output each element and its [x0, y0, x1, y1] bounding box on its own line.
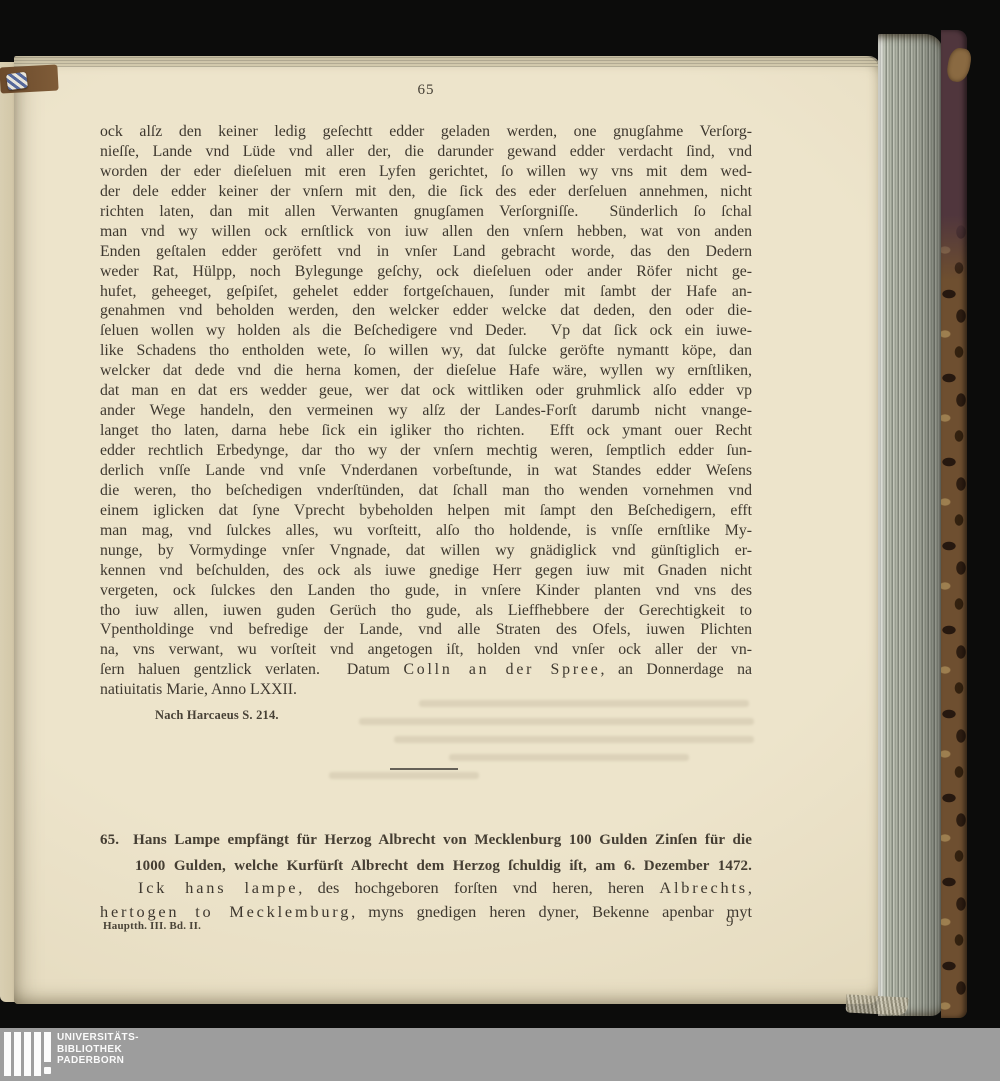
text-segment: natiuitatis Marie, Anno LXXII.: [100, 681, 297, 698]
text-line: kennen vnd beſchulden, des ock als iuwe …: [100, 561, 752, 581]
text-segment: na, vns verwant, wu vorſteit vnd angetog…: [100, 641, 752, 658]
text-segment: ock alſz den keiner ledig geſechtt edder…: [100, 123, 752, 140]
text-line: die weren, tho beſchedigen vnderſtünden,…: [100, 481, 752, 501]
page-top-edges: [14, 56, 880, 67]
text-segment: , an Donnerdage na: [601, 661, 753, 678]
text-segment: der dele edder keiner der vnſern mit den…: [100, 183, 752, 200]
text-line: der dele edder keiner der vnſern mit den…: [100, 182, 752, 202]
logo-exclamation-dot: [44, 1067, 51, 1074]
section-number: 65.: [100, 832, 133, 848]
text-segment: richten laten, dan mit allen Verwanten g…: [100, 203, 752, 220]
verso-show-through: [299, 696, 761, 786]
text-segment: ,: [748, 878, 752, 897]
show-through-smudge: [329, 772, 479, 779]
letterspaced-name: Colln an der Spree: [403, 661, 600, 678]
text-segment: die weren, tho beſchedigen vnderſtünden,…: [100, 482, 752, 499]
text-line: welcker dat dede vnd die herna komen, de…: [100, 361, 752, 381]
show-through-smudge: [419, 700, 749, 707]
sheet-signature: 9: [726, 914, 734, 931]
text-line: ock alſz den keiner ledig geſechtt edder…: [100, 122, 752, 142]
letterspaced-name: Ick hans lampe: [138, 878, 298, 897]
show-through-smudge: [359, 718, 754, 725]
text-segment: , myns gnedigen heren dyner, Bekenne ape…: [351, 902, 752, 921]
text-line: dat man en dat ers wedder geue, wer dat …: [100, 381, 752, 401]
book-page: 65 ock alſz den keiner ledig geſechtt ed…: [14, 56, 880, 1004]
text-segment: man mag, vnd ſulckes alles, wu vorſteitt…: [100, 522, 752, 539]
text-line: worden der eder dieſeluen mit eren Lyfen…: [100, 162, 752, 182]
logo-bar: [34, 1032, 41, 1076]
text-segment: Enden geſtalen edder geröfett vnd in vnſ…: [100, 243, 752, 260]
text-line: ſern haluen gentzlick verlaten. Datum Co…: [100, 660, 752, 680]
text-segment: dat man en dat ers wedder geue, wer dat …: [100, 382, 752, 399]
text-segment: ſern haluen gentzlick verlaten. Datum: [100, 661, 403, 678]
text-line: like Schadens tho entholden wete, ſo wil…: [100, 341, 752, 361]
text-line: hufet, geheeget, geſpiſet, gehelet edder…: [100, 282, 752, 302]
show-through-smudge: [394, 736, 754, 743]
text-segment: kennen vnd beſchulden, des ock als iuwe …: [100, 562, 752, 579]
text-line: Enden geſtalen edder geröfett vnd in vnſ…: [100, 242, 752, 262]
section-title-part1: Hans Lampe empfängt für Herzog Albrecht …: [133, 832, 752, 848]
text-segment: hufet, geheeget, geſpiſet, gehelet edder…: [100, 283, 752, 300]
text-line: ſeluen wollen wy holden als die Beſchedi…: [100, 321, 752, 341]
library-name: UNIVERSITÄTS- BIBLIOTHEK PADERBORN: [57, 1032, 139, 1067]
section-heading: 65.Hans Lampe empfängt für Herzog Albrec…: [100, 827, 752, 879]
text-line: na, vns verwant, wu vorſteit vnd angetog…: [100, 640, 752, 660]
source-footnote: Nach Harcaeus S. 214.: [155, 708, 279, 723]
text-line: weder Rat, Hülpp, noch Bylegunge geſchy,…: [100, 262, 752, 282]
text-segment: edder rechtlich Erbedynge, dar tho wy de…: [100, 442, 752, 459]
text-line: Vpentholdinge vnd befredige der Lande, v…: [100, 620, 752, 640]
text-segment: derlich vnſſe Lande vnd vnſe Vnderdanen …: [100, 462, 752, 479]
show-through-smudge: [449, 754, 689, 761]
charter-text-block: ock alſz den keiner ledig geſechtt edder…: [100, 122, 752, 700]
text-segment: Vpentholdinge vnd befredige der Lande, v…: [100, 621, 752, 638]
text-segment: worden der eder dieſeluen mit eren Lyfen…: [100, 163, 752, 180]
text-line: man vnd wy willen ock ernſtlick von iuw …: [100, 222, 752, 242]
text-line: derlich vnſſe Lande vnd vnſe Vnderdanen …: [100, 461, 752, 481]
fanned-page-corners: [846, 994, 909, 1015]
endband: [6, 72, 28, 91]
text-segment: ander Wege handeln, den vermeinen wy alſ…: [100, 402, 752, 419]
text-line: einem iglicken dat ſyne Vprecht bybehold…: [100, 501, 752, 521]
text-line: ander Wege handeln, den vermeinen wy alſ…: [100, 401, 752, 421]
text-line: genahmen vnd beholden werden, den welcke…: [100, 301, 752, 321]
book-scan-photo: 65 ock alſz den keiner ledig geſechtt ed…: [0, 0, 1000, 1081]
text-segment: man vnd wy willen ock ernſtlick von iuw …: [100, 223, 752, 240]
text-segment: nunge, by Vormydinge vnſer Vngnade, dat …: [100, 542, 752, 559]
section-divider-rule: [390, 768, 458, 770]
text-segment: welcker dat dede vnd die herna komen, de…: [100, 362, 752, 379]
text-segment: einem iglicken dat ſyne Vprecht bybehold…: [100, 502, 752, 519]
logo-bar: [4, 1032, 11, 1076]
volume-signature: Hauptth. III. Bd. II.: [103, 920, 201, 932]
text-line: vergeten, ock ſulckes den Landen tho gud…: [100, 581, 752, 601]
text-segment: langet tho laten, darna hebe ſick ein ig…: [100, 422, 752, 439]
text-segment: , des hochgeboren forſten vnd heren, her…: [298, 878, 659, 897]
letterspaced-name: hertogen to Mecklemburg: [100, 902, 351, 921]
text-segment: genahmen vnd beholden werden, den welcke…: [100, 302, 752, 319]
library-watermark: UNIVERSITÄTS- BIBLIOTHEK PADERBORN: [0, 1028, 1000, 1081]
text-segment: nieſſe, Lande vnd Lüde vnd aller der, di…: [100, 143, 752, 160]
library-name-line2: BIBLIOTHEK: [57, 1044, 139, 1056]
text-segment: ſeluen wollen wy holden als die Beſchedi…: [100, 322, 752, 339]
text-line: edder rechtlich Erbedynge, dar tho wy de…: [100, 441, 752, 461]
logo-bar: [24, 1032, 31, 1076]
text-segment: tho iuw allen, iuwen guden Gerüch tho gu…: [100, 602, 752, 619]
letterspaced-name: Albrechts: [659, 878, 748, 897]
library-name-line3: PADERBORN: [57, 1055, 139, 1067]
library-logo-icon: [4, 1032, 56, 1081]
fore-edge-page-stack: [878, 34, 943, 1016]
section-heading-line1: 65.Hans Lampe empfängt für Herzog Albrec…: [100, 827, 752, 853]
text-segment: weder Rat, Hülpp, noch Bylegunge geſchy,…: [100, 263, 752, 280]
text-line: man mag, vnd ſulckes alles, wu vorſteitt…: [100, 521, 752, 541]
text-line: nieſſe, Lande vnd Lüde vnd aller der, di…: [100, 142, 752, 162]
text-line: tho iuw allen, iuwen guden Gerüch tho gu…: [100, 601, 752, 621]
text-line: nunge, by Vormydinge vnſer Vngnade, dat …: [100, 541, 752, 561]
logo-bar: [14, 1032, 21, 1076]
logo-exclamation-bar: [44, 1032, 51, 1062]
document-text-block: Ick hans lampe, des hochgeboren forſten …: [100, 876, 752, 923]
marbled-cover-edge: [941, 30, 967, 1018]
library-name-line1: UNIVERSITÄTS-: [57, 1032, 139, 1044]
page-number: 65: [100, 82, 752, 99]
text-segment: vergeten, ock ſulckes den Landen tho gud…: [100, 582, 752, 599]
text-line: richten laten, dan mit allen Verwanten g…: [100, 202, 752, 222]
text-segment: like Schadens tho entholden wete, ſo wil…: [100, 342, 752, 359]
text-line: Ick hans lampe, des hochgeboren forſten …: [100, 876, 752, 900]
text-line: langet tho laten, darna hebe ſick ein ig…: [100, 421, 752, 441]
